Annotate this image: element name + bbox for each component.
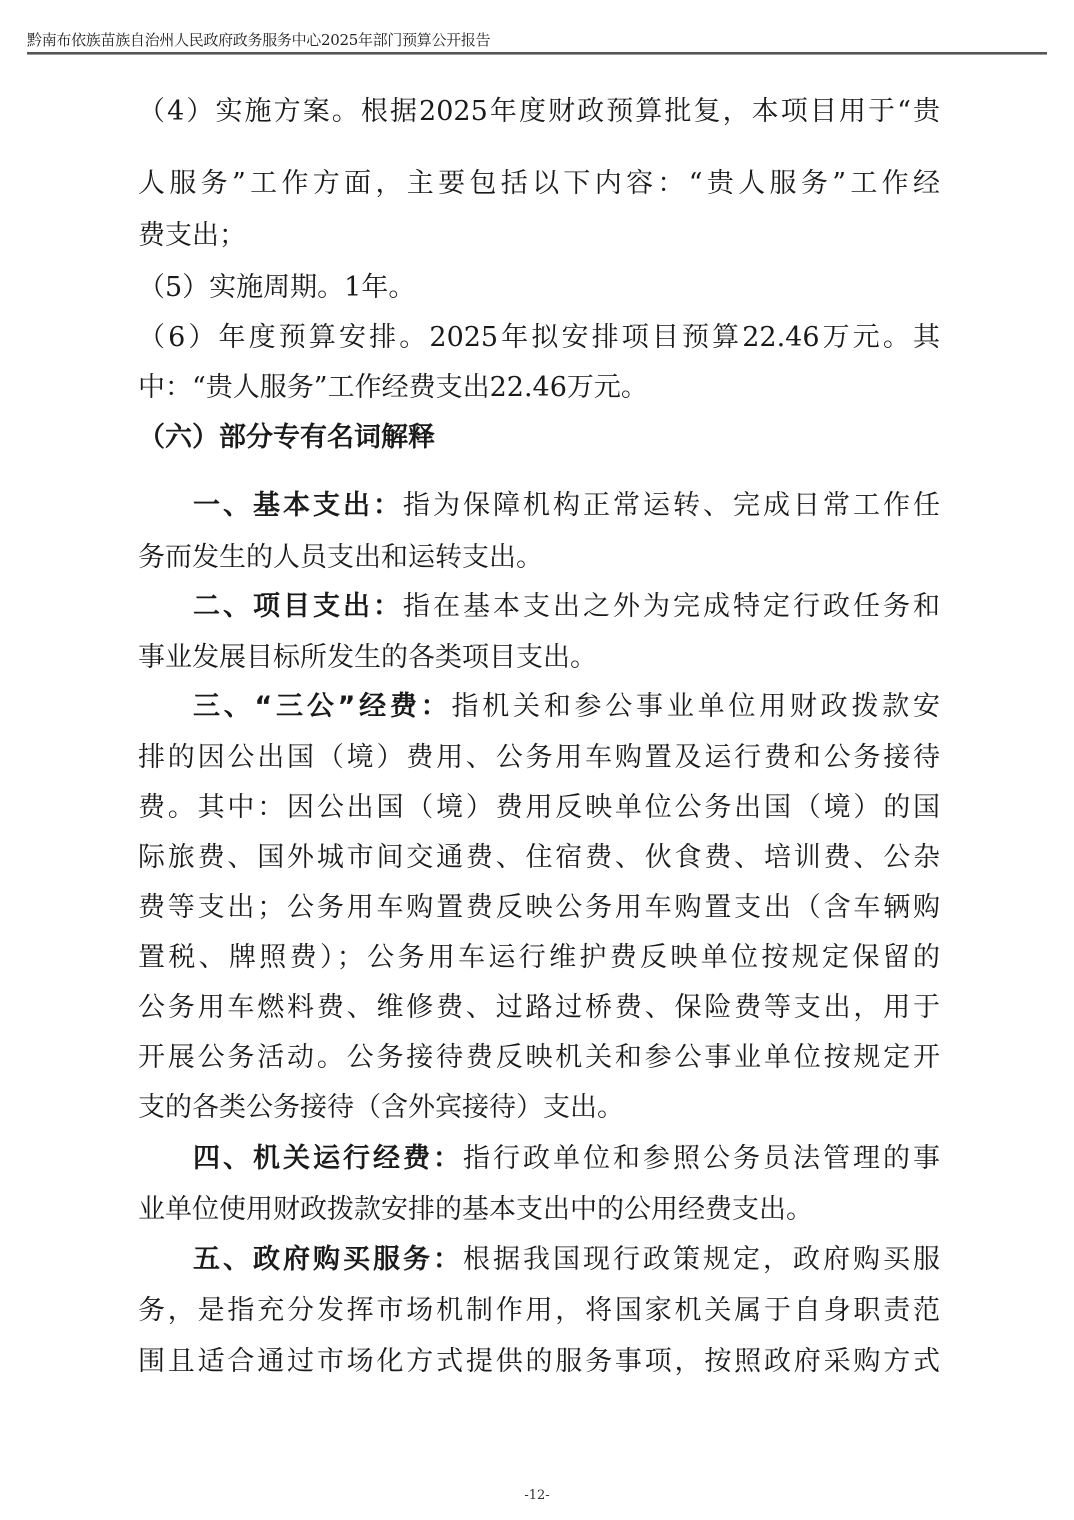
- term-definition: 指机关和参公事业单位用财政拨款安: [451, 691, 940, 722]
- term-line: 事业发展目标所发生的各类项目支出。: [138, 643, 940, 673]
- term-line: 围且适合通过市场化方式提供的服务事项，按照政府采购方式: [138, 1347, 940, 1377]
- term-definition: 指为保障机构正常运转、完成日常工作任: [403, 490, 940, 521]
- term-line: 费等支出；公务用车购置费反映公务用车购置支出（含车辆购: [138, 893, 940, 923]
- term-definition: 指行政单位和参照公务员法管理的事: [463, 1143, 940, 1174]
- term-line: 公务用车燃料费、维修费、过路过桥费、保险费等支出，用于: [138, 993, 940, 1023]
- budget-line-1: （6）年度预算安排。2025年拟安排项目预算22.46万元。其: [138, 323, 940, 353]
- section-heading: （六）部分专有名词解释: [138, 423, 435, 453]
- term-label: 四、机关运行经费：: [193, 1143, 463, 1174]
- term-line: 务，是指充分发挥市场机制作用，将国家机关属于自身职责范: [138, 1296, 940, 1326]
- term-line: 开展公务活动。公务接待费反映机关和参公事业单位按规定开: [138, 1043, 940, 1073]
- term-basic-expenditure: 一、基本支出：指为保障机构正常运转、完成日常工作任: [193, 491, 940, 521]
- term-line: 际旅费、国外城市间交通费、住宿费、伙食费、培训费、公杂: [138, 843, 940, 873]
- term-operating-expenses: 四、机关运行经费：指行政单位和参照公务员法管理的事: [193, 1144, 940, 1174]
- term-line: 支的各类公务接待（含外宾接待）支出。: [138, 1093, 940, 1123]
- term-line: 务而发生的人员支出和运转支出。: [138, 543, 940, 573]
- plan-line-1: （4）实施方案。根据2025年度财政预算批复，本项目用于“贵: [138, 97, 940, 127]
- term-definition: 指在基本支出之外为完成特定行政任务和: [403, 591, 940, 622]
- term-definition: 根据我国现行政策规定，政府购买服: [463, 1244, 940, 1275]
- term-project-expenditure: 二、项目支出：指在基本支出之外为完成特定行政任务和: [193, 592, 940, 622]
- header-divider: [27, 52, 1047, 55]
- term-government-procurement: 五、政府购买服务：根据我国现行政策规定，政府购买服: [193, 1245, 940, 1275]
- term-label: 三、“三公”经费：: [193, 691, 451, 722]
- term-label: 五、政府购买服务：: [193, 1244, 463, 1275]
- term-line: 费。其中：因公出国（境）费用反映单位公务出国（境）的国: [138, 793, 940, 823]
- term-label: 一、基本支出：: [193, 490, 403, 521]
- plan-line-3: 费支出；: [138, 221, 940, 251]
- term-three-public-expenses: 三、“三公”经费：指机关和参公事业单位用财政拨款安: [193, 692, 940, 722]
- term-label: 二、项目支出：: [193, 591, 403, 622]
- term-line: 业单位使用财政拨款安排的基本支出中的公用经费支出。: [138, 1195, 940, 1225]
- period-line: （5）实施周期。1年。: [138, 273, 940, 303]
- term-line: 置税、牌照费）；公务用车运行维护费反映单位按规定保留的: [138, 943, 940, 973]
- plan-line-2: 人服务”工作方面，主要包括以下内容：“贵人服务”工作经: [138, 169, 940, 199]
- term-line: 排的因公出国（境）费用、公务用车购置及运行费和公务接待: [138, 743, 940, 773]
- budget-line-2: 中：“贵人服务”工作经费支出22.46万元。: [138, 373, 940, 403]
- page-number: -12-: [0, 1488, 1074, 1503]
- report-title: 黔南布依族苗族自治州人民政府政务服务中心2025年部门预算公开报告: [27, 29, 490, 50]
